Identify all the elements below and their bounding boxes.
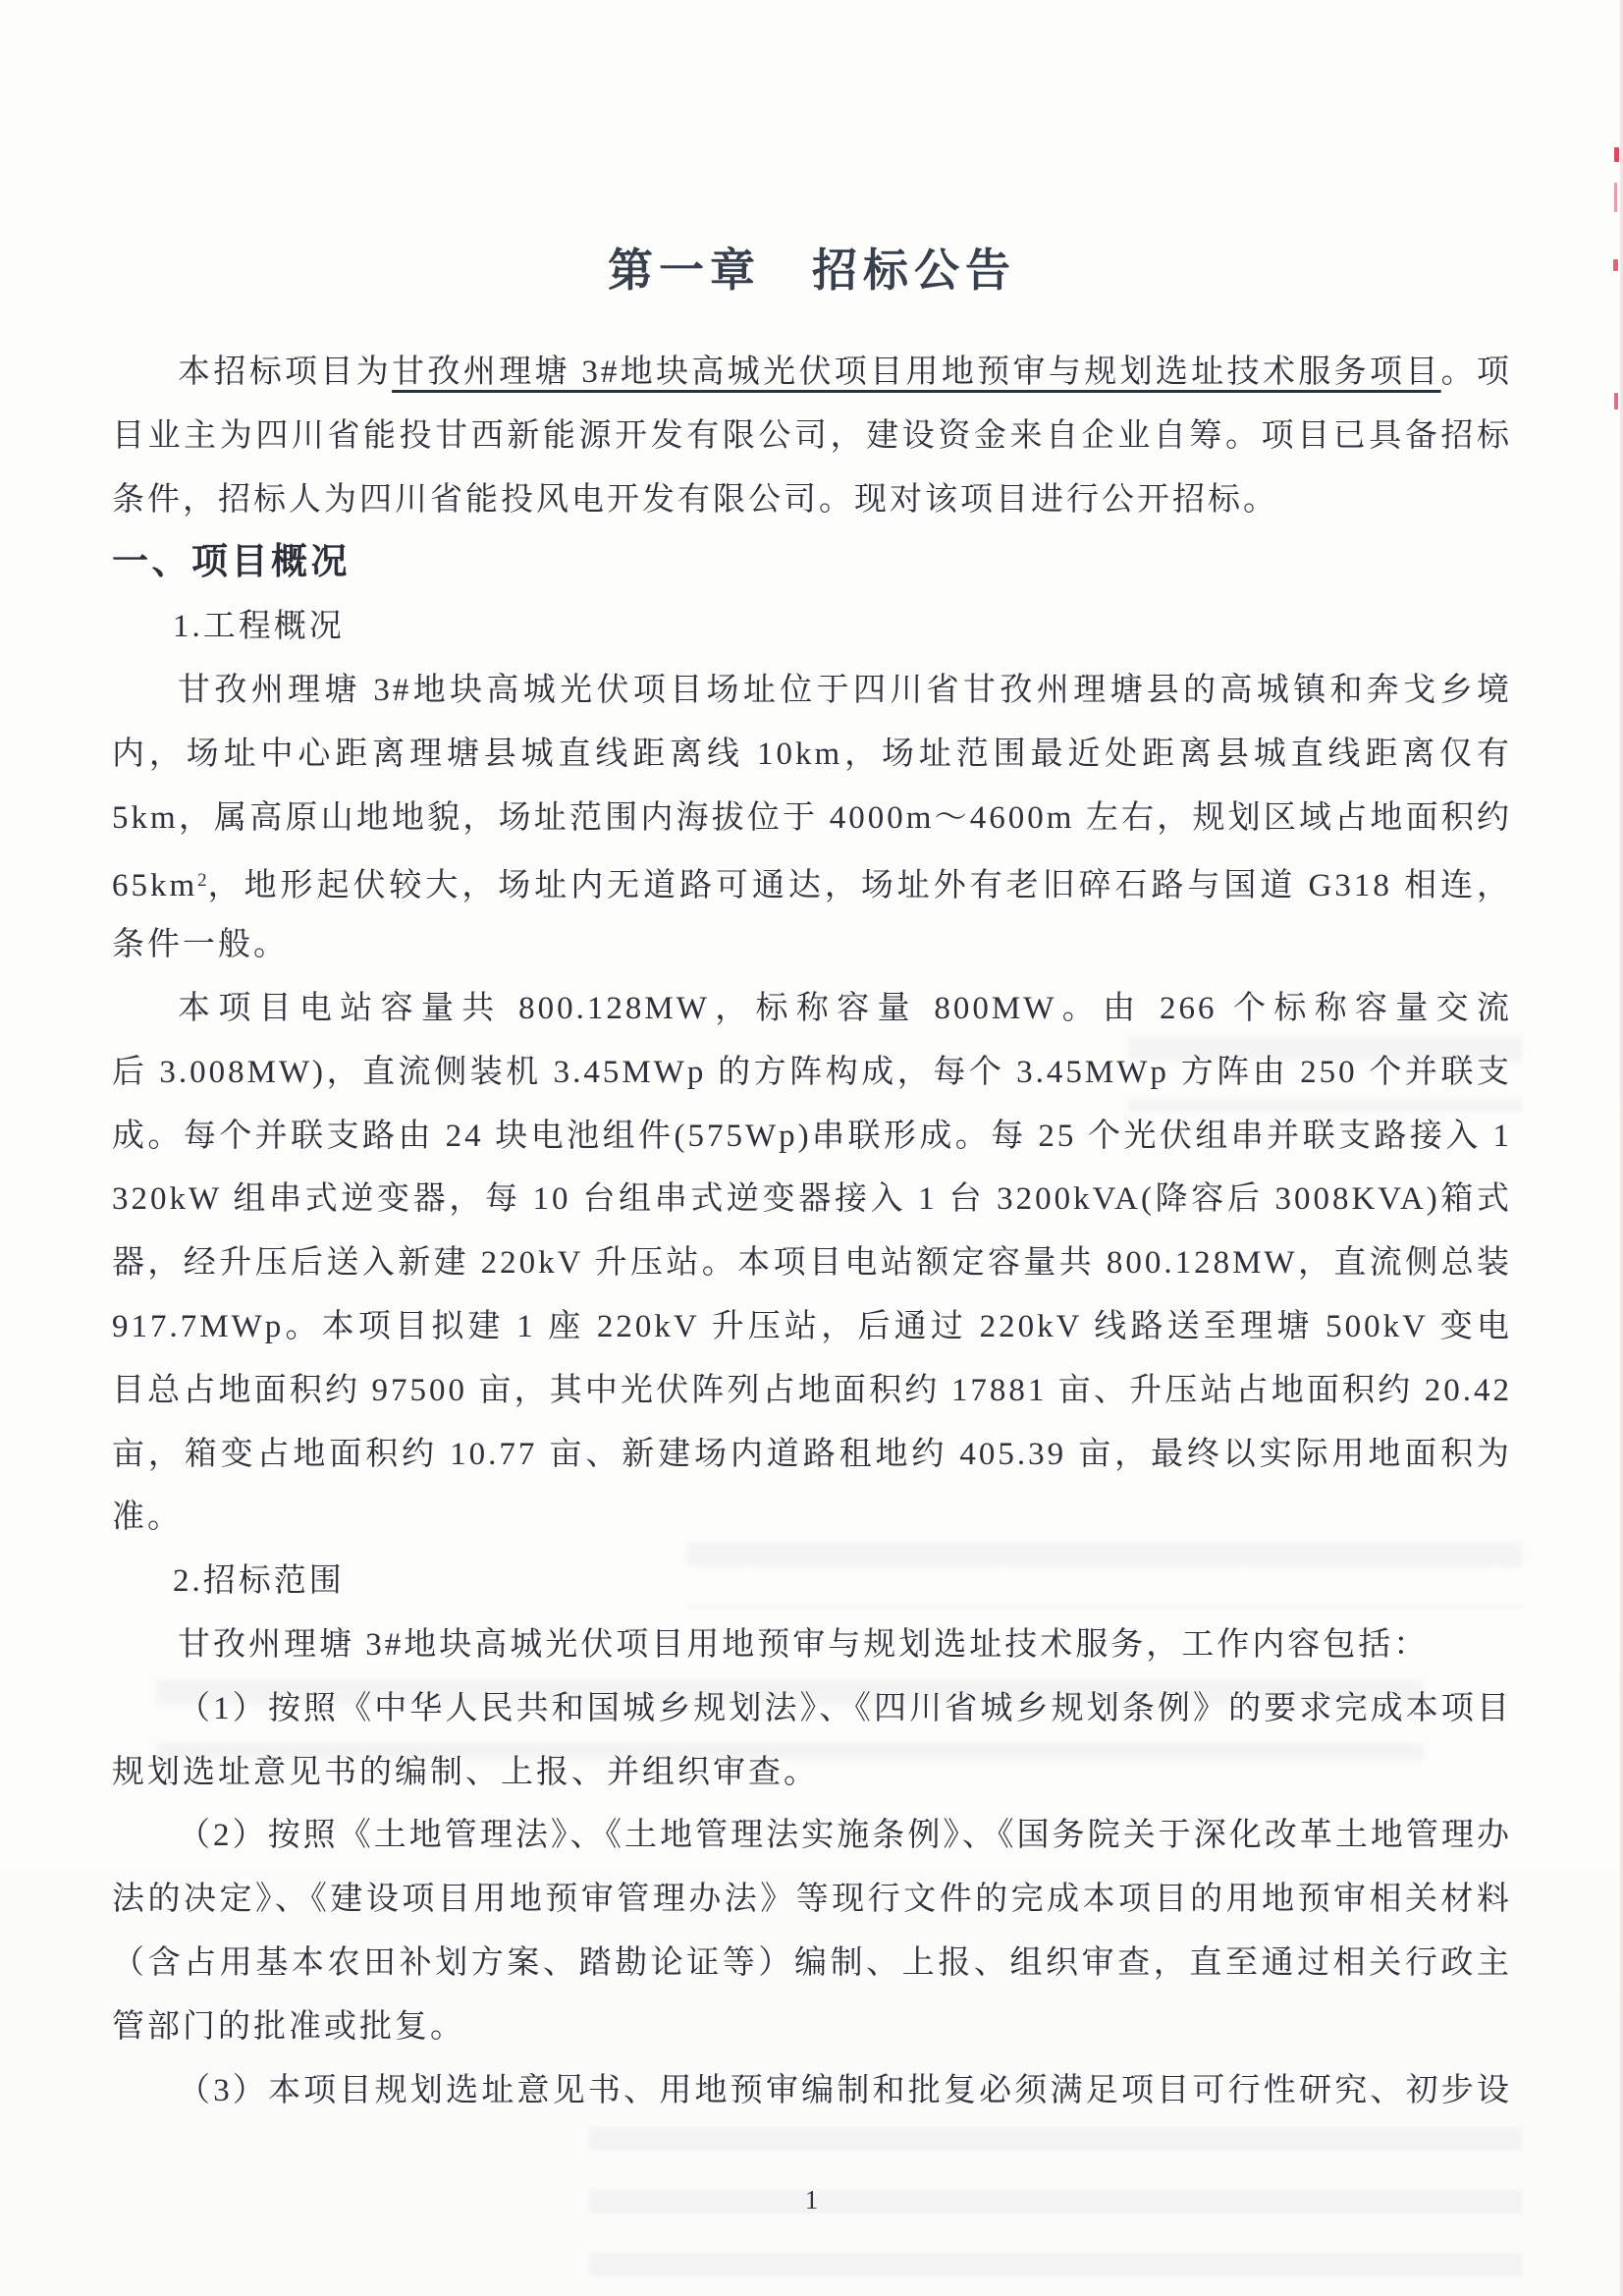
document-body: 本招标项目为甘孜州理塘 3#地块高城光伏项目用地预审与规划选址技术服务项目。项目…: [112, 341, 1512, 2122]
text-segment: 目业主为四川省能投甘西新能源开发有限公司，建设资金来自企业自筹。项目已具备招标: [112, 418, 1512, 454]
text-line: 条件，招标人为四川省能投风电开发有限公司。现对该项目进行公开招标。: [112, 468, 1512, 532]
text-line: 本招标项目为甘孜州理塘 3#地块高城光伏项目用地预审与规划选址技术服务项目。项: [112, 341, 1512, 405]
text-segment: 条件一般。: [112, 927, 289, 962]
text-segment: 法的决定》、《建设项目用地预审管理办法》等现行文件的完成本项目的用地预审相关材料: [112, 1882, 1512, 1917]
text-line: （3）本项目规划选址意见书、用地预审编制和批复必须满足项目可行性研究、初步设: [112, 2059, 1512, 2123]
text-line: 917.7MWp。本项目拟建 1 座 220kV 升压站，后通过 220kV 线…: [112, 1295, 1512, 1359]
text-segment: 规划选址意见书的编制、上报、并组织审查。: [112, 1755, 819, 1790]
text-line: 本项目电站容量共 800.128MW，标称容量 800MW。由 266 个标称容…: [112, 977, 1512, 1041]
text-line: 器，经升压后送入新建 220kV 升压站。本项目电站额定容量共 800.128M…: [112, 1231, 1512, 1295]
text-line: 后 3.008MW)，直流侧装机 3.45MWp 的方阵构成，每个 3.45MW…: [112, 1041, 1512, 1105]
text-segment: 5km，属高原山地地貌，场址范围内海拔位于 4000m～4600m 左右，规划区…: [112, 800, 1512, 836]
text-segment: ，地形起伏较大，场址内无道路可通达，场址外有老旧碎石路与国道 G318 相连，交…: [112, 868, 1512, 913]
text-segment: 本项目电站容量共 800.128MW，标称容量 800MW。由 266 个标称容…: [178, 991, 1512, 1041]
text-line: 内，场址中心距离理塘县城直线距离线 10km，场址范围最近处距离县城直线距离仅有: [112, 723, 1512, 787]
text-segment: 。项: [1441, 355, 1512, 390]
text-segment: （1）按照《中华人民共和国城乡规划法》、《四川省城乡规划条例》的要求完成本项目: [178, 1691, 1512, 1726]
text-line: 成。每个并联支路由 24 块电池组件(575Wp)串联形成。每 25 个光伏组串…: [112, 1105, 1512, 1169]
text-segment: 亩，箱变占地面积约 10.77 亩、新建场内道路租地约 405.39 亩，最终以…: [112, 1437, 1512, 1472]
text-segment: 320kW 组串式逆变器，每 10 台组串式逆变器接入 1 台 3200kVA(…: [112, 1181, 1512, 1231]
text-line: （2）按照《土地管理法》、《土地管理法实施条例》、《国务院关于深化改革土地管理办: [112, 1804, 1512, 1868]
text-segment: 后 3.008MW)，直流侧装机 3.45MWp 的方阵构成，每个 3.45MW…: [112, 1055, 1512, 1105]
text-line: 目业主为四川省能投甘西新能源开发有限公司，建设资金来自企业自筹。项目已具备招标: [112, 405, 1512, 468]
text-line: 5km，属高原山地地貌，场址范围内海拔位于 4000m～4600m 左右，规划区…: [112, 787, 1512, 850]
text-line: 管部门的批准或批复。: [112, 1995, 1512, 2059]
sub-heading: 2.招标范围: [112, 1550, 1512, 1613]
chapter-title: 第一章 招标公告: [112, 242, 1512, 301]
text-line: 甘孜州理塘 3#地块高城光伏项目用地预审与规划选址技术服务，工作内容包括：: [112, 1613, 1512, 1677]
text-line: 亩，箱变占地面积约 10.77 亩、新建场内道路租地约 405.39 亩，最终以…: [112, 1423, 1512, 1487]
text-segment: 917.7MWp。本项目拟建 1 座 220kV 升压站，后通过 220kV 线…: [112, 1309, 1512, 1359]
text-segment: （2）按照《土地管理法》、《土地管理法实施条例》、《国务院关于深化改革土地管理办: [178, 1818, 1512, 1853]
sub-heading: 1.工程概况: [112, 595, 1512, 659]
red-edge-mark: [1614, 147, 1619, 162]
red-edge-mark: [1614, 183, 1617, 212]
text-segment: 内，场址中心距离理塘县城直线距离线 10km，场址范围最近处距离县城直线距离仅有: [112, 737, 1512, 772]
red-edge-mark: [1614, 393, 1618, 410]
text-segment: 甘孜州理塘 3#地块高城光伏项目场址位于四川省甘孜州理塘县的高城镇和奔戈乡境: [178, 673, 1512, 708]
text-segment: 准。: [112, 1500, 183, 1535]
text-line: 规划选址意见书的编制、上报、并组织审查。: [112, 1741, 1512, 1805]
text-segment: 器，经升压后送入新建 220kV 升压站。本项目电站额定容量共 800.128M…: [112, 1245, 1512, 1295]
text-line: 320kW 组串式逆变器，每 10 台组串式逆变器接入 1 台 3200kVA(…: [112, 1168, 1512, 1231]
text-segment: 成。每个并联支路由 24 块电池组件(575Wp)串联形成。每 25 个光伏组串…: [112, 1119, 1512, 1169]
superscript: 2: [197, 870, 207, 891]
text-line: 法的决定》、《建设项目用地预审管理办法》等现行文件的完成本项目的用地预审相关材料: [112, 1868, 1512, 1932]
text-segment: （含占用基本农田补划方案、踏勘论证等）编制、上报、组织审查，直至通过相关行政主: [112, 1945, 1512, 1981]
underlined-project-name: 甘孜州理塘 3#地块高城光伏项目用地预审与规划选址技术服务项目: [392, 355, 1441, 390]
text-segment: 65km: [112, 868, 197, 903]
text-segment: 条件，招标人为四川省能投风电开发有限公司。现对该项目进行公开招标。: [112, 482, 1278, 518]
text-line: 目总占地面积约 97500 亩，其中光伏阵列占地面积约 17881 亩、升压站占…: [112, 1359, 1512, 1423]
text-segment: 目总占地面积约 97500 亩，其中光伏阵列占地面积约 17881 亩、升压站占…: [112, 1373, 1512, 1408]
page-number: 1: [0, 2182, 1623, 2217]
text-line: 65km2，地形起伏较大，场址内无道路可通达，场址外有老旧碎石路与国道 G318…: [112, 849, 1512, 913]
text-segment: 管部门的批准或批复。: [112, 2009, 465, 2045]
section-heading: 一、项目概况: [112, 531, 1512, 595]
text-segment: 本招标项目为: [178, 355, 392, 390]
text-segment: （3）本项目规划选址意见书、用地预审编制和批复必须满足项目可行性研究、初步设: [178, 2073, 1512, 2108]
scanned-document-page: 第一章 招标公告 本招标项目为甘孜州理塘 3#地块高城光伏项目用地预审与规划选址…: [0, 0, 1623, 2296]
text-line: （1）按照《中华人民共和国城乡规划法》、《四川省城乡规划条例》的要求完成本项目: [112, 1677, 1512, 1741]
text-line: （含占用基本农田补划方案、踏勘论证等）编制、上报、组织审查，直至通过相关行政主: [112, 1932, 1512, 1995]
text-segment: 甘孜州理塘 3#地块高城光伏项目用地预审与规划选址技术服务，工作内容包括：: [178, 1627, 1429, 1663]
red-edge-mark: [1613, 259, 1618, 271]
text-line: 甘孜州理塘 3#地块高城光伏项目场址位于四川省甘孜州理塘县的高城镇和奔戈乡境: [112, 659, 1512, 723]
text-line: 条件一般。: [112, 913, 1512, 977]
text-line: 准。: [112, 1486, 1512, 1550]
